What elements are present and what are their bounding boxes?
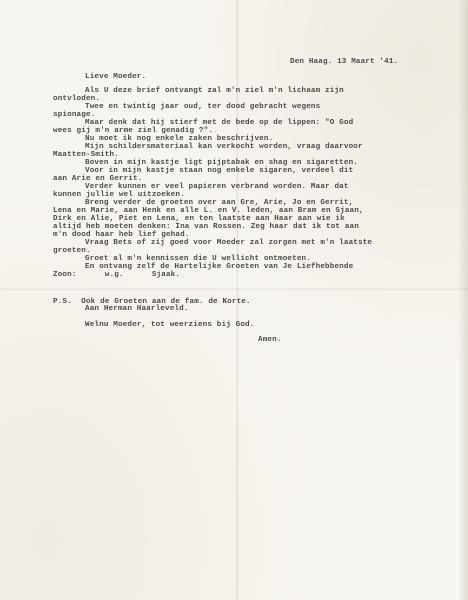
- letter-line: aan Arie en Gerrit.: [53, 175, 142, 183]
- dateline: Den Haag. 13 Maart '41.: [290, 58, 398, 66]
- letter-line: En ontvang zelf de Hartelijke Groeten va…: [85, 263, 353, 271]
- amen-line: Amen.: [258, 336, 282, 344]
- letter-line: wees gij m'n arme ziel genadig ?".: [53, 127, 213, 135]
- closing-line: Welnu Moeder, tot weerziens bij God.: [85, 321, 254, 329]
- letter-line: m'n dood haar heb lief gehad.: [53, 231, 190, 239]
- letter-line: Als U deze brief ontvangt zal m'n ziel m…: [85, 87, 344, 95]
- letter-line: groeten.: [53, 247, 91, 255]
- salutation: Lieve Moeder.: [85, 73, 146, 81]
- letter-line: Vraag Bets of zij goed voor Moeder zal z…: [85, 239, 372, 247]
- letter-line: Maatten-Smith.: [53, 151, 119, 159]
- letter-line: Maar denk dat hij stierf met de bede op …: [85, 119, 353, 127]
- letter-line: Zoon: w.g. Sjaak.: [53, 271, 180, 279]
- letter-line: Dirk en Alie, Piet en Lena, en ten laats…: [53, 215, 345, 223]
- letter-line: Voor in mijn kastje staan nog enkele sig…: [85, 167, 353, 175]
- letter-line: ontvloden.: [53, 95, 100, 103]
- letter-line: spionage.: [53, 111, 95, 119]
- letter-line: Lena en Marie, aan Henk en alle L. en V.…: [53, 207, 364, 215]
- letter-line: Boven in mijn kastje ligt pijptabak en s…: [85, 159, 358, 167]
- letter-line: kunnen jullie wel uitzoeken.: [53, 191, 185, 199]
- letter-line: Breng verder de groeten over aan Gre, Ar…: [85, 199, 353, 207]
- letter-line: Nu moet ik nog enkele zaken beschrijven.: [85, 135, 273, 143]
- postscript-line-2: Aan Herman Haarleveld.: [85, 305, 189, 313]
- letter-line: altijd heb moeten denken: Ina van Rossen…: [53, 223, 359, 231]
- letter-line: Verder kunnen er veel papieren verbrand …: [85, 183, 349, 191]
- letter-line: Twee en twintig jaar oud, ter dood gebra…: [85, 103, 320, 111]
- letter-page: Den Haag. 13 Maart '41. Lieve Moeder. Al…: [0, 0, 468, 600]
- letter-line: Groet al m'n kennissen die U wellicht on…: [85, 255, 311, 263]
- paper-edge-shadow: [458, 0, 468, 600]
- letter-line: Mijn schildersmateriaal kan verkocht wor…: [85, 143, 363, 151]
